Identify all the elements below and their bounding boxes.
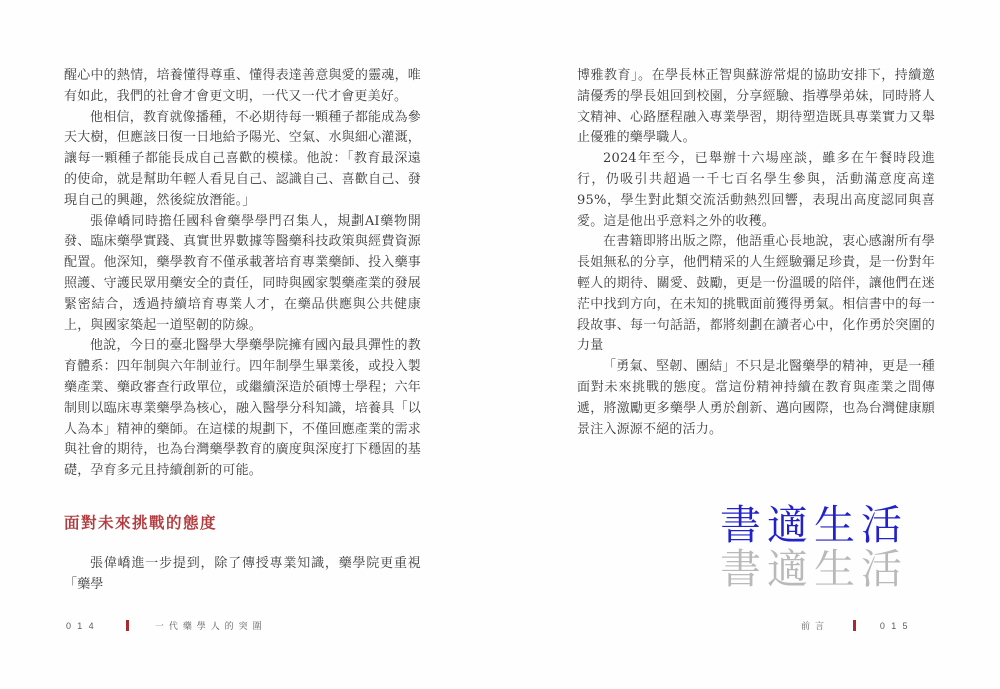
paragraph: 在書籍即將出版之際，他語重心長地說，衷心感謝所有學長姐無私的分享，他們精采的人生… [577, 232, 935, 357]
right-page-body: 博雅教育」。在學長林正智與蘇游常焜的協助安排下，持續邀請優秀的學長姐回到校園，分… [577, 66, 935, 440]
left-page-footer: 014 一代藥學人的突圍 [66, 619, 267, 632]
watermark: 書適生活 書適生活 [720, 503, 908, 592]
paragraph: 「勇氣、堅韌、團結」不只是北醫藥學的精神，更是一種面對未來挑戰的態度。當這份精神… [577, 357, 935, 440]
left-page-body: 醒心中的熱情，培養懂得尊重、懂得表達善意與愛的靈魂，唯有如此，我們的社會才會更文… [64, 66, 421, 482]
right-page-footer: 前言 015 [801, 619, 914, 632]
section-heading: 面對未來挑戰的態度 [64, 511, 217, 533]
paragraph: 他說，今日的臺北醫學大學藥學院擁有國內最具彈性的教育體系：四年制與六年制並行。四… [64, 336, 421, 482]
left-page-post-heading-text: 張偉嶠進一步提到，除了傳授專業知識，藥學院更重視「藥學 [64, 554, 421, 596]
paragraph: 張偉嶠進一步提到，除了傳授專業知識，藥學院更重視「藥學 [64, 554, 421, 596]
left-page-number: 014 [66, 621, 100, 631]
footer-divider-bar [126, 620, 129, 631]
chapter-label-running-footer: 前言 [801, 619, 829, 632]
paragraph: 2024年至今，已舉辦十六場座談，雖多在午餐時段進行，仍吸引共超過一千七百名學生… [577, 149, 935, 232]
right-page-number: 015 [880, 621, 914, 631]
footer-divider-bar [853, 620, 856, 631]
paragraph: 博雅教育」。在學長林正智與蘇游常焜的協助安排下，持續邀請優秀的學長姐回到校園，分… [577, 66, 935, 149]
book-title-running-footer: 一代藥學人的突圍 [155, 619, 267, 632]
watermark-blue-text: 書適生活 [720, 503, 908, 547]
paragraph: 張偉嶠同時擔任國科會藥學學門召集人，規劃AI藥物開發、臨床藥學實踐、真實世界數據… [64, 212, 421, 337]
watermark-grey-text: 書適生活 [720, 547, 908, 591]
paragraph: 他相信，教育就像播種，不必期待每一顆種子都能成為參天大樹，但應該日復一日地給予陽… [64, 108, 421, 212]
paragraph: 醒心中的熱情，培養懂得尊重、懂得表達善意與愛的靈魂，唯有如此，我們的社會才會更文… [64, 66, 421, 108]
book-spread: 醒心中的熱情，培養懂得尊重、懂得表達善意與愛的靈魂，唯有如此，我們的社會才會更文… [0, 0, 1000, 689]
